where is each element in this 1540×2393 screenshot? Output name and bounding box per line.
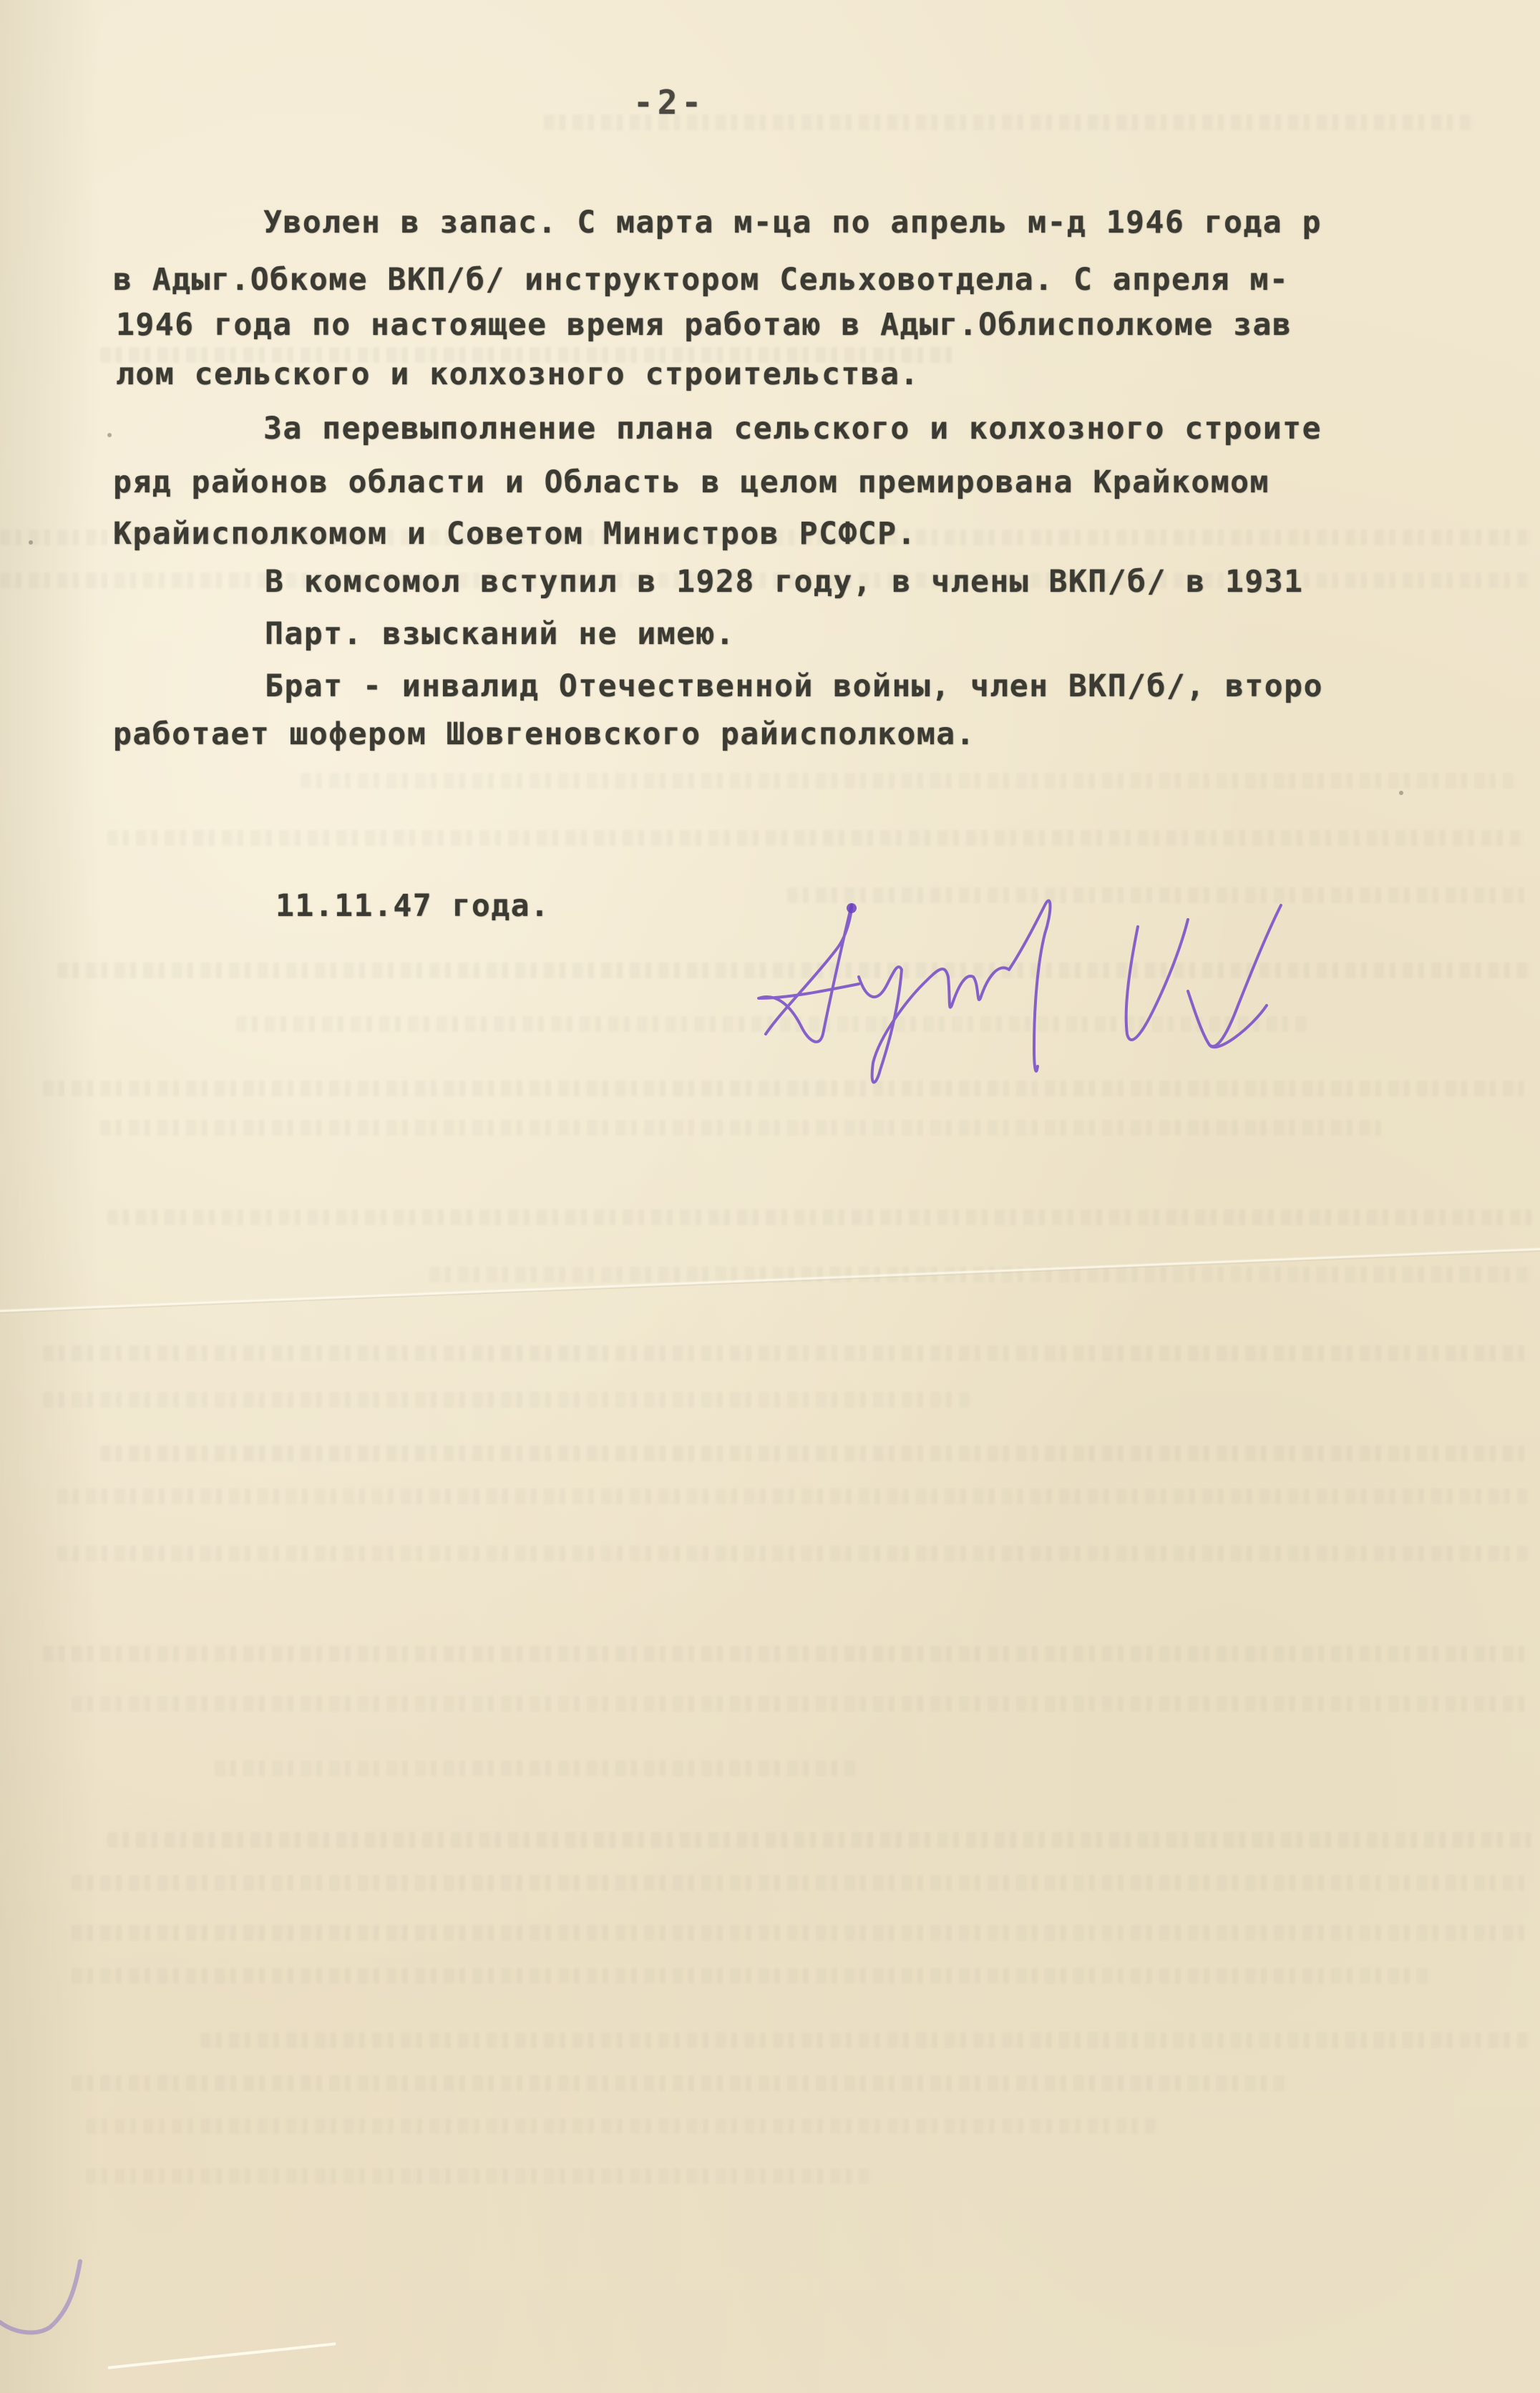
body-line: в Адыг.Обкоме ВКП/б/ инструктором Сельхо… bbox=[113, 265, 1289, 296]
body-line: 1946 года по настоящее время работаю в А… bbox=[116, 310, 1292, 341]
bleed-through-row bbox=[301, 773, 1517, 789]
document-date: 11.11.47 года. bbox=[276, 891, 550, 922]
margin-dot bbox=[107, 433, 112, 437]
bleed-through-row bbox=[72, 1696, 1531, 1712]
fold-crease bbox=[108, 2342, 336, 2369]
signature-icon bbox=[751, 891, 1540, 1106]
bleed-through-row bbox=[100, 1446, 1531, 1461]
bleed-through-row bbox=[86, 2168, 873, 2184]
bleed-through-row bbox=[107, 1832, 1531, 1848]
margin-dot bbox=[29, 540, 33, 545]
body-line: ряд районов области и Область в целом пр… bbox=[113, 467, 1269, 498]
body-line: Уволен в запас. С марта м-ца по апрель м… bbox=[263, 208, 1322, 238]
bleed-through-row bbox=[72, 1875, 1531, 1891]
bleed-through-row bbox=[86, 2118, 1159, 2134]
body-line: лом сельского и колхозного строительства… bbox=[116, 359, 920, 390]
bleed-through-row bbox=[215, 1760, 859, 1776]
margin-ink-mark-icon bbox=[0, 2247, 86, 2340]
bleed-through-row bbox=[43, 1345, 1531, 1361]
bleed-through-row bbox=[43, 1646, 1531, 1662]
bleed-through-row bbox=[72, 1968, 1431, 1984]
page-number: -2- bbox=[633, 86, 706, 119]
bleed-through-row bbox=[200, 2032, 1531, 2048]
bleed-through-row bbox=[100, 1120, 1388, 1136]
body-line: В комсомол вступил в 1928 году, в члены … bbox=[265, 567, 1304, 598]
bleed-through-row bbox=[57, 1488, 1531, 1504]
body-line: За перевыполнение плана сельского и колх… bbox=[263, 414, 1322, 444]
document-page: -2- Уволен в запас. С марта м-ца по апре… bbox=[0, 0, 1540, 2393]
bleed-through-row bbox=[72, 1925, 1531, 1941]
bleed-through-row bbox=[107, 830, 1524, 846]
body-line: Крайисполкомом и Советом Министров РСФСР… bbox=[113, 519, 917, 550]
bleed-through-row bbox=[72, 2075, 1288, 2091]
margin-dot bbox=[1399, 791, 1403, 795]
body-line: работает шофером Шовгеновского райисполк… bbox=[113, 719, 975, 750]
body-line: Парт. взысканий не имею. bbox=[265, 619, 735, 650]
bleed-through-row bbox=[107, 1209, 1539, 1225]
body-line: Брат - инвалид Отечественной войны, член… bbox=[265, 671, 1323, 702]
page-edge-shadow bbox=[0, 0, 100, 2393]
bleed-through-row bbox=[43, 1392, 973, 1408]
bleed-through-row bbox=[57, 1546, 1531, 1561]
